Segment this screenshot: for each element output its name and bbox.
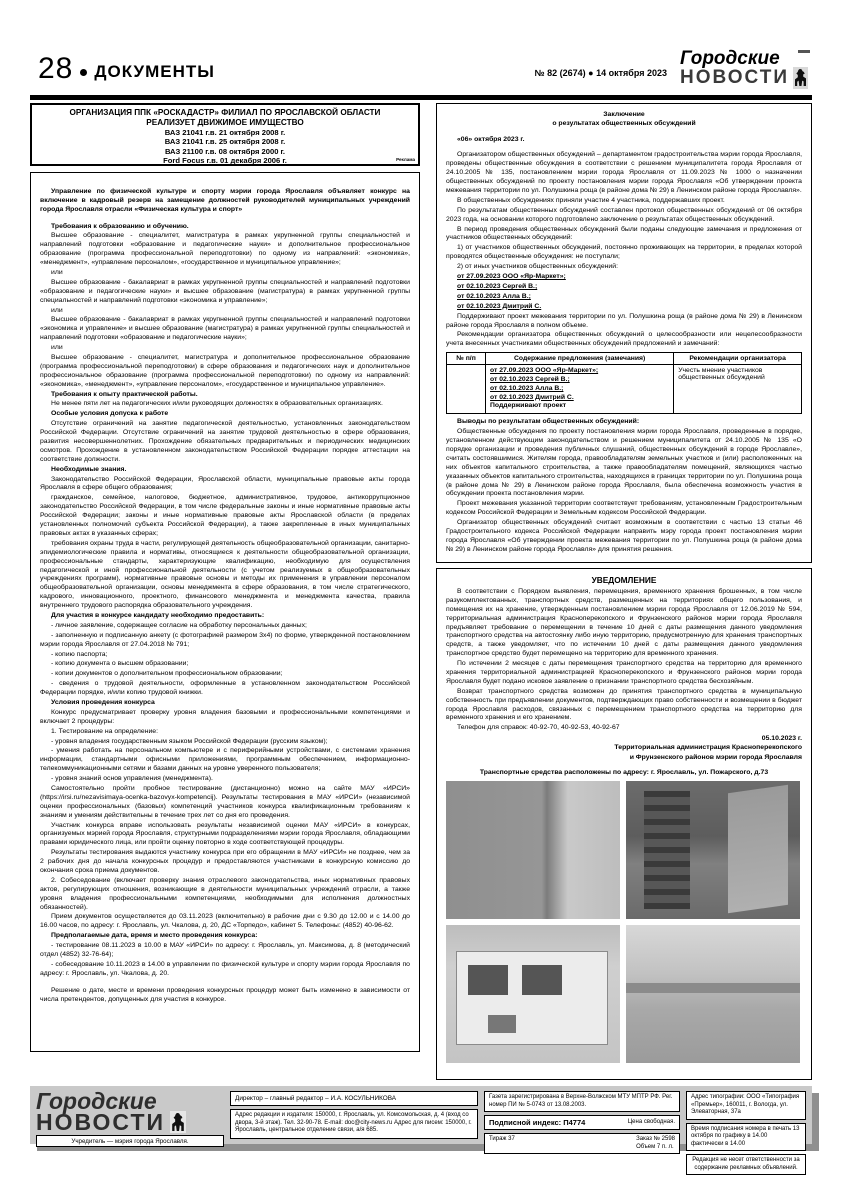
paragraph: - заполненную и подписанную анкету (с фо…	[40, 632, 410, 650]
notice-title: УВЕДОМЛЕНИЕ	[446, 575, 802, 585]
order-and-volume: Заказ № 2598 Объем 7 п. л.	[636, 1136, 675, 1151]
paragraph: По результатам общественных обсуждений с…	[446, 207, 802, 225]
paragraph: Законодательство Российской Федерации, Я…	[40, 476, 410, 494]
paragraph: Проект межевания указанной территории со…	[446, 500, 802, 518]
paragraph: Организатором общественных обсуждений – …	[446, 151, 802, 195]
newspaper-page: 28 ДОКУМЕНТЫ № 82 (2674) ● 14 октября 20…	[0, 0, 842, 1191]
paragraph: - собеседование 10.11.2023 в 14.00 в упр…	[40, 961, 410, 979]
masthead-line2: НОВОСТИ	[680, 69, 789, 87]
konkurs-final-note: Решение о дате, месте и времени проведен…	[40, 987, 410, 1005]
ad-car-item: ВАЗ 21041 г.в. 25 октября 2008 г.	[38, 137, 412, 146]
paragraph: В общественных обсуждениях приняли участ…	[446, 197, 802, 206]
paragraph: В соответствии с Порядком выявления, пер…	[446, 588, 802, 659]
paragraph: Особые условия допуска к работе	[40, 410, 410, 419]
bear-emblem-icon	[170, 1111, 186, 1133]
vehicles-location-line: Транспортные средства расположены по адр…	[446, 769, 802, 776]
paragraph: - копию паспорта;	[40, 651, 410, 660]
bullet-icon	[80, 69, 87, 76]
paragraph: Высшее образование - бакалавриат в рамка…	[40, 316, 410, 343]
paragraph: - умения работать на персональном компью…	[40, 747, 410, 774]
paragraph: от 02.10.2023 Дмитрий С.	[446, 303, 802, 312]
table-row: от 27.09.2023 ООО «Яр-Маркет»;от 02.10.2…	[447, 365, 802, 414]
ad-title-line2: РЕАЛИЗУЕТ ДВИЖИМОЕ ИМУЩЕСТВО	[38, 118, 412, 128]
notice-signer-line1: Территориальная администрация Краснопере…	[446, 743, 802, 752]
vehicle-photo-4	[626, 925, 800, 1063]
paragraph: - сведения о трудовой деятельности, офор…	[40, 680, 410, 698]
cell-num	[447, 365, 486, 414]
vehicle-photo-3	[446, 925, 620, 1063]
notice-signer-line2: и Фрунзенского районов мэрии города Ярос…	[446, 753, 802, 762]
paragraph: Поддерживают проект межевания территории…	[446, 313, 802, 331]
paragraph: Самостоятельно пройти пробное тестирован…	[40, 785, 410, 821]
paragraph: Для участия в конкурсе кандидату необход…	[40, 612, 410, 621]
cell-line: от 02.10.2023 Дмитрий С.	[490, 394, 669, 403]
konkurs-announcement: Управление по физической культуре и спор…	[30, 172, 420, 1052]
cell-recommendation: Учесть мнение участников общественных об…	[674, 365, 802, 414]
paragraph: Отсутствие ограничений на занятие педаго…	[40, 420, 410, 464]
conclusion-title-line2: о результатах общественных обсуждений	[446, 119, 802, 128]
paragraph: - уровня владения государственным языком…	[40, 738, 410, 747]
masthead-logo: Городские НОВОСТИ	[680, 50, 812, 89]
paragraph: Высшее образование - специалитет, магист…	[40, 354, 410, 390]
paragraph: требования охраны труда в части, регулир…	[40, 540, 410, 611]
conclusion-title-line1: Заключение	[446, 110, 802, 119]
paragraph: от 27.09.2023 ООО «Яр-Маркет»;	[446, 273, 802, 282]
paragraph: Рекомендации организатора общественных о…	[446, 331, 802, 349]
bear-emblem-icon	[793, 67, 808, 89]
issue-info: № 82 (2674) ● 14 октября 2023	[535, 68, 667, 78]
paragraph: 1. Тестирование на определение:	[40, 728, 410, 737]
cell-line: от 02.10.2023 Алла В.;	[490, 385, 669, 394]
conclusion-body-after: Выводы по результатам общественных обсуж…	[446, 418, 802, 554]
page-number: 28	[38, 52, 73, 86]
paragraph: 2) от иных участников общественных обсуж…	[446, 263, 802, 272]
notice-body: В соответствии с Порядком выявления, пер…	[446, 588, 802, 733]
conclusion-body: Организатором общественных обсуждений – …	[446, 151, 802, 349]
circulation: Тираж 37	[489, 1136, 515, 1151]
paragraph: Необходимые знания.	[40, 466, 410, 475]
konkurs-title: Управление по физической культуре и спор…	[40, 187, 410, 215]
ad-car-item: Ford Focus г.в. 01 декабря 2006 г.	[38, 156, 412, 165]
paragraph: гражданское, семейное, налоговое, бюджет…	[40, 494, 410, 538]
subscription-index-box: Подписной индекс: П4774 Цена свободная.	[484, 1115, 680, 1130]
ad-roskadastr: ОРГАНИЗАЦИЯ ППК «РОСКАДАСТР» ФИЛИАЛ ПО Я…	[30, 103, 420, 166]
sign-time-box: Время подписания номера в печать 13 октя…	[686, 1123, 806, 1152]
imprint-footer: Городские НОВОСТИ Учредитель — мэрия гор…	[30, 1086, 812, 1144]
ad-car-item: Chevrolet Klan (J200/Chevrolet) 01 январ…	[38, 165, 412, 166]
paragraph: Участник конкурса вправе использовать ре…	[40, 822, 410, 849]
header-rule	[30, 95, 812, 100]
paragraph: Прием документов осуществляется до 03.11…	[40, 913, 410, 931]
paragraph: Высшее образование - бакалавриат в рамка…	[40, 279, 410, 306]
circulation-box: Тираж 37 Заказ № 2598 Объем 7 п. л.	[484, 1133, 680, 1154]
paragraph: или	[40, 307, 410, 316]
paragraph: Результаты тестирования выдаются участни…	[40, 849, 410, 876]
paragraph: По истечении 2 месяцев с даты перемещени…	[446, 660, 802, 687]
page-header: 28 ДОКУМЕНТЫ № 82 (2674) ● 14 октября 20…	[30, 50, 812, 94]
paragraph: Высшее образование - специалитет, магист…	[40, 232, 410, 268]
ad-title-line1: ОРГАНИЗАЦИЯ ППК «РОСКАДАСТР» ФИЛИАЛ ПО Я…	[38, 108, 412, 118]
vehicle-photo-1	[446, 781, 620, 919]
footer-editorial-column: Директор – главный редактор – И.А. КОСУЛ…	[230, 1091, 478, 1139]
cell-content: от 27.09.2023 ООО «Яр-Маркет»;от 02.10.2…	[486, 365, 674, 414]
ad-car-item: ВАЗ 21100 г.в. 08 октября 2000 г.	[38, 147, 412, 156]
ad-car-list: ВАЗ 21041 г.в. 21 октября 2008 г.ВАЗ 210…	[38, 128, 412, 166]
cell-line: от 02.10.2023 Сергей В.;	[490, 376, 669, 385]
paragraph: Телефон для справок: 40-92-70, 40-92-53,…	[446, 724, 802, 733]
paragraph: 2. Собеседование (включает проверку знан…	[40, 877, 410, 913]
paragraph: 1) от участников общественных обсуждений…	[446, 244, 802, 262]
paragraph: Предполагаемые дата, время и место прове…	[40, 932, 410, 941]
paragraph: Требования к опыту практической работы.	[40, 391, 410, 400]
paragraph: - копию документа о высшем образовании;	[40, 660, 410, 669]
paragraph: или	[40, 269, 410, 278]
paragraph: - копии документов о дополнительном проф…	[40, 670, 410, 679]
public-hearing-conclusion: Заключение о результатах общественных об…	[436, 103, 812, 563]
paragraph: - уровня знаний основ управления (менедж…	[40, 775, 410, 784]
volume: Объем 7 п. л.	[636, 1144, 674, 1150]
vehicle-notice: УВЕДОМЛЕНИЕ В соответствии с Порядком вы…	[436, 568, 812, 1080]
disclaimer-box: Редакция не несет ответственности за сод…	[686, 1154, 806, 1175]
price-note: Цена свободная.	[628, 1119, 675, 1127]
vehicle-photos	[446, 781, 802, 1063]
paragraph: Конкурс предусматривает проверку уровня …	[40, 709, 410, 727]
cell-line: от 27.09.2023 ООО «Яр-Маркет»;	[490, 367, 669, 376]
paragraph: Выводы по результатам общественных обсуж…	[446, 418, 802, 427]
vehicle-photo-2	[626, 781, 800, 919]
founder-note: Учредитель — мэрия города Ярославля.	[36, 1135, 224, 1147]
paragraph: Условия проведения конкурса	[40, 699, 410, 708]
subscription-index: Подписной индекс: П4774	[489, 1118, 585, 1127]
table-header-content: Содержание предложения (замечания)	[486, 353, 674, 365]
print-address-box: Адрес типографии: ООО «Типография «Премь…	[686, 1091, 806, 1120]
table-header-recommendation: Рекомендации организатора	[674, 353, 802, 365]
paragraph: Общественные обсуждения по проекту поста…	[446, 428, 802, 499]
footer-logo: Городские НОВОСТИ Учредитель — мэрия гор…	[36, 1091, 224, 1139]
paragraph: Не менее пяти лет на педагогических и/ил…	[40, 400, 410, 409]
paragraph: Требования к образованию и обучению.	[40, 223, 410, 232]
footer-print-column: Адрес типографии: ООО «Типография «Премь…	[686, 1091, 806, 1139]
conclusion-date: «06» октября 2023 г.	[446, 136, 802, 143]
footer-brand-line1: Городские	[36, 1091, 224, 1111]
section-title: ДОКУМЕНТЫ	[94, 62, 215, 82]
paragraph: - личное заявление, содержащее согласие …	[40, 622, 410, 631]
masthead-line1: Городские	[680, 50, 812, 67]
logo-dash	[798, 50, 810, 53]
editorial-address-box: Адрес редакции и издателя: 150000, г. Яр…	[230, 1109, 478, 1139]
footer-brand-line2: НОВОСТИ	[36, 1112, 165, 1132]
order-number: Заказ № 2598	[636, 1136, 675, 1142]
paragraph: от 02.10.2023 Сергей В.;	[446, 283, 802, 292]
footer-registration-column: Газета зарегистрирована в Верхне-Волжско…	[484, 1091, 680, 1139]
proposals-table: № п/п Содержание предложения (замечания)…	[446, 352, 802, 414]
cell-line: Поддерживают проект	[490, 402, 669, 411]
ad-mark: Реклама	[396, 157, 415, 162]
registration-box: Газета зарегистрирована в Верхне-Волжско…	[484, 1091, 680, 1112]
table-header-num: № п/п	[447, 353, 486, 365]
paragraph: или	[40, 344, 410, 353]
cell-content-lines: от 27.09.2023 ООО «Яр-Маркет»;от 02.10.2…	[490, 367, 669, 411]
notice-date: 05.10.2023 г.	[446, 734, 802, 743]
paragraph: В период проведения общественных обсужде…	[446, 226, 802, 244]
paragraph: Возврат транспортного средства возможен …	[446, 688, 802, 724]
paragraph: - тестирование 08.11.2023 в 10.00 в МАУ …	[40, 942, 410, 960]
konkurs-body: Требования к образованию и обучению.Высш…	[40, 223, 410, 979]
paragraph: Организатор общественных обсуждений счит…	[446, 519, 802, 555]
paragraph: от 02.10.2023 Алла В.;	[446, 293, 802, 302]
ad-car-item: ВАЗ 21041 г.в. 21 октября 2008 г.	[38, 128, 412, 137]
director-box: Директор – главный редактор – И.А. КОСУЛ…	[230, 1091, 478, 1106]
header-left: 28 ДОКУМЕНТЫ	[38, 52, 215, 86]
